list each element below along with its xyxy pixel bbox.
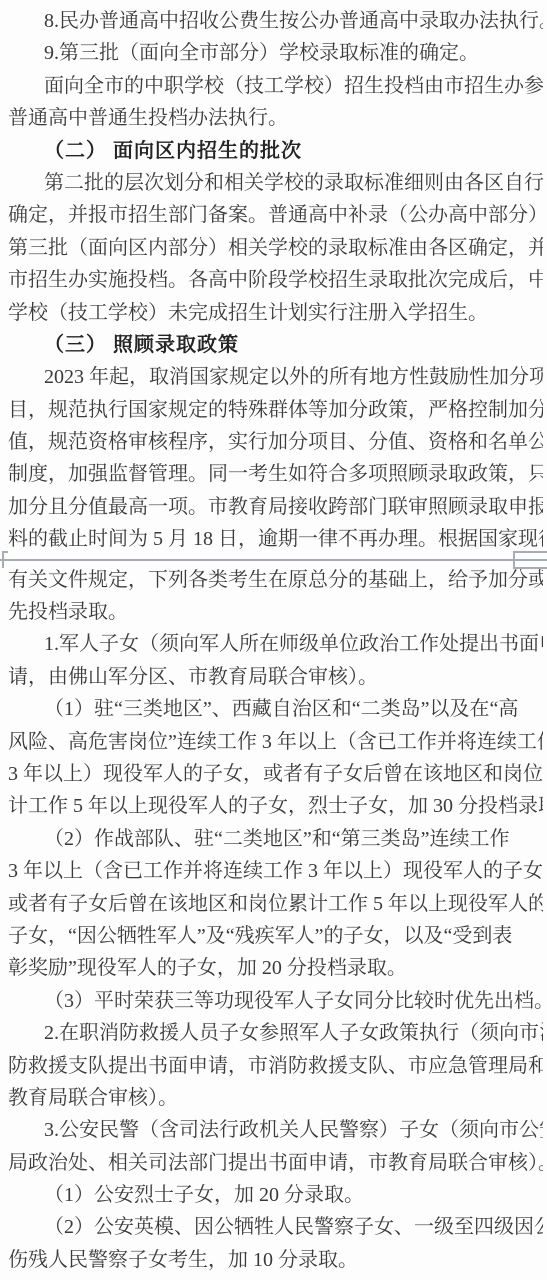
text-line: 9.第三批（面向全市部分）学校录取标准的确定。 bbox=[8, 37, 543, 69]
text-line: 面向全市的中职学校（技工学校）招生投档由市招生办参照 bbox=[8, 70, 543, 102]
text-line: （3）平时荣获三等功现役军人子女同分比较时优先出档。 bbox=[8, 985, 543, 1017]
text-line: 2023 年起，取消国家规定以外的所有地方性鼓励性加分项 bbox=[8, 361, 543, 393]
text-line: 3.公安民警（含司法行政机关人民警察）子女（须向市公安 bbox=[8, 1114, 543, 1146]
text-line: 教育局联合审核）。 bbox=[8, 1082, 543, 1114]
text-line: （2）公安英模、因公牺牲人民警察子女、一级至四级因公 bbox=[8, 1211, 543, 1243]
text-line: 防救援支队提出书面申请，市消防救援支队、市应急管理局和市 bbox=[8, 1050, 543, 1082]
page-break-handle-icon bbox=[513, 551, 547, 569]
text-line: 普通高中普通生投档办法执行。 bbox=[8, 102, 543, 134]
text-line: （1）驻“三类地区”、西藏自治区和“二类岛”以及在“高 bbox=[8, 693, 543, 725]
document-page: 8.民办普通高中招收公费生按公办普通高中录取办法执行。9.第三批（面向全市部分）… bbox=[0, 0, 547, 1280]
text-line: 有关文件规定，下列各类考生在原总分的基础上，给予加分或优 bbox=[8, 564, 543, 596]
text-line: 彰奖励”现役军人的子女，加 20 分投档录取。 bbox=[8, 952, 543, 984]
text-line: 2.在职消防救援人员子女参照军人子女政策执行（须向市消 bbox=[8, 1017, 543, 1049]
text-line: 请，由佛山军分区、市教育局联合审核）。 bbox=[8, 661, 543, 693]
text-line: 市招生办实施投档。各高中阶段学校招生录取批次完成后，中职 bbox=[8, 264, 543, 296]
text-line: 或者有子女后曾在该地区和岗位累计工作 5 年以上现役军人的 bbox=[8, 888, 543, 920]
text-line: 子女，“因公牺牲军人”及“残疾军人”的子女，以及“受到表 bbox=[8, 920, 543, 952]
text-line: （2）作战部队、驻“二类地区”和“第三类岛”连续工作 bbox=[8, 823, 543, 855]
text-line: 第二批的层次划分和相关学校的录取标准细则由各区自行 bbox=[8, 167, 543, 199]
text-line: 学校（技工学校）未完成招生计划实行注册入学招生。 bbox=[8, 297, 543, 329]
text-line: 1.军人子女（须向军人所在师级单位政治工作处提出书面申 bbox=[8, 628, 543, 660]
text-line: 先投档录取。 bbox=[8, 596, 543, 628]
text-line: （1）公安烈士子女，加 20 分录取。 bbox=[8, 1179, 543, 1211]
page-break-left-tick-icon bbox=[2, 551, 4, 568]
text-line: 局政治处、相关司法部门提出书面申请，市教育局联合审核）。 bbox=[8, 1147, 543, 1179]
text-line: 3 年以上）现役军人的子女，或者有子女后曾在该地区和岗位累 bbox=[8, 758, 543, 790]
text-line: 伤残人民警察子女考生，加 10 分录取。 bbox=[8, 1244, 543, 1276]
text-line: 风险、高危害岗位”连续工作 3 年以上（含已工作并将连续工作 bbox=[8, 726, 543, 758]
text-line: 目，规范执行国家规定的特殊群体等加分政策，严格控制加分分 bbox=[8, 394, 543, 426]
text-line: 料的截止时间为 5 月 18 日，逾期一律不再办理。根据国家现行 bbox=[8, 523, 543, 555]
text-line: 确定，并报市招生部门备案。普通高中补录（公办高中部分）和 bbox=[8, 199, 543, 231]
text-line: 第三批（面向区内部分）相关学校的录取标准由各区确定，并报 bbox=[8, 232, 543, 264]
section-heading: （三） 照顾录取政策 bbox=[8, 329, 543, 361]
text-line: 8.民办普通高中招收公费生按公办普通高中录取办法执行。 bbox=[8, 5, 543, 37]
text-line: 计工作 5 年以上现役军人的子女，烈士子女，加 30 分投档录取。 bbox=[8, 790, 543, 822]
text-line: 值，规范资格审核程序，实行加分项目、分值、资格和名单公示 bbox=[8, 426, 543, 458]
page-break-divider bbox=[0, 556, 547, 564]
section-heading: （二） 面向区内招生的批次 bbox=[8, 135, 543, 167]
page-break-rule bbox=[0, 559, 547, 561]
text-line: 3 年以上（含已工作并将连续工作 3 年以上）现役军人的子女， bbox=[8, 855, 543, 887]
text-line: 加分且分值最高一项。市教育局接收跨部门联审照顾录取申报材 bbox=[8, 491, 543, 523]
text-line: 制度，加强监督管理。同一考生如符合多项照顾录取政策，只取 bbox=[8, 458, 543, 490]
